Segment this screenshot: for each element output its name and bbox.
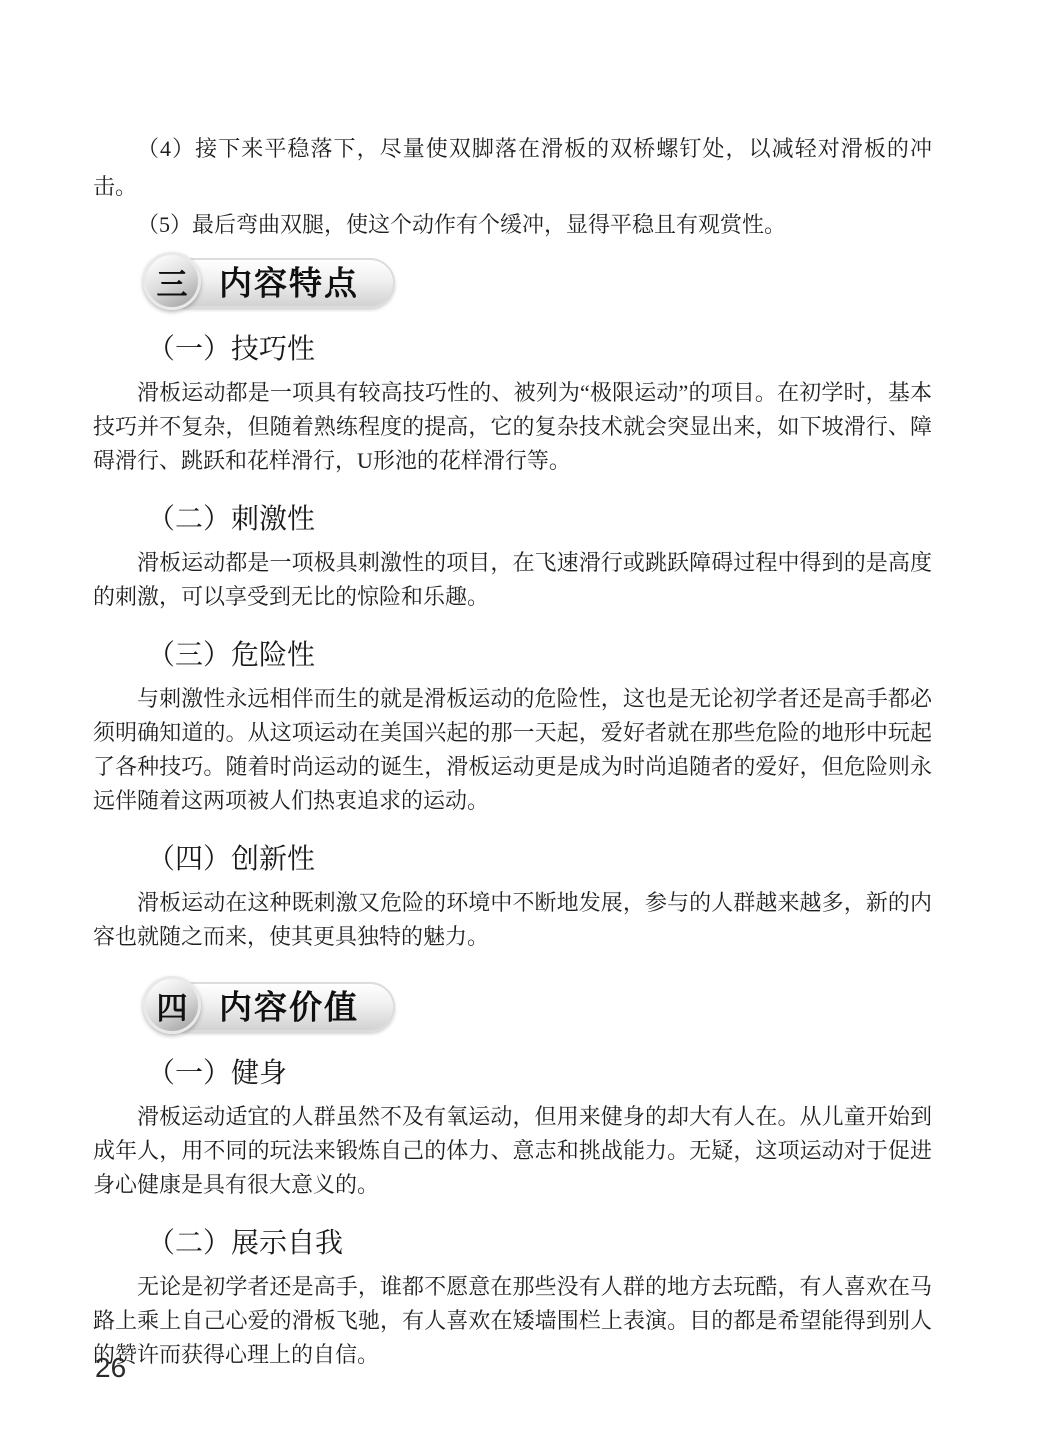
- section-title: 内容价值: [219, 982, 359, 1029]
- subsection-innovation: （四）创新性 滑板运动在这种既刺激又危险的环境中不断地发展，参与的人群越来越多，…: [93, 842, 932, 954]
- subsection-heading: （三）危险性: [147, 638, 932, 674]
- subsection-fitness: （一）健身 滑板运动适宜的人群虽然不及有氧运动，但用来健身的却大有人在。从儿童开…: [93, 1056, 932, 1202]
- subsection-skillfulness: （一）技巧性 滑板运动都是一项具有较高技巧性的、被列为“极限运动”的项目。在初学…: [93, 332, 932, 478]
- section-banner: 四 内容价值: [143, 976, 395, 1040]
- subsection-excitement: （二）刺激性 滑板运动都是一项极具刺激性的项目，在飞速滑行或跳跃障碍过程中得到的…: [93, 502, 932, 614]
- subsection-self-display: （二）展示自我 无论是初学者还是高手，谁都不愿意在那些没有人群的地方去玩酷，有人…: [93, 1226, 932, 1372]
- body-paragraph: 滑板运动都是一项具有较高技巧性的、被列为“极限运动”的项目。在初学时，基本技巧并…: [93, 376, 932, 478]
- body-paragraph: 滑板运动都是一项极具刺激性的项目，在飞速滑行或跳跃障碍过程中得到的是高度的刺激，…: [93, 546, 932, 614]
- numbered-step-5: （5）最后弯曲双腿，使这个动作有个缓冲，显得平稳且有观赏性。: [93, 206, 932, 244]
- subsection-heading: （四）创新性: [147, 842, 932, 878]
- body-paragraph: 滑板运动在这种既刺激又危险的环境中不断地发展，参与的人群越来越多，新的内容也就随…: [93, 886, 932, 954]
- page-content: （4）接下来平稳落下，尽量使双脚落在滑板的双桥螺钉处，以减轻对滑板的冲击。 （5…: [0, 0, 1038, 1372]
- subsection-danger: （三）危险性 与刺激性永远相伴而生的就是滑板运动的危险性，这也是无论初学者还是高…: [93, 638, 932, 818]
- section-title: 内容特点: [219, 258, 359, 305]
- page-number: 26: [95, 1352, 126, 1384]
- book-page: { "page": { "number": "26" }, "intro_lin…: [0, 0, 1038, 1452]
- subsection-heading: （二）展示自我: [147, 1226, 932, 1262]
- body-paragraph: 滑板运动适宜的人群虽然不及有氧运动，但用来健身的却大有人在。从儿童开始到成年人，…: [93, 1100, 932, 1202]
- section-banner: 三 内容特点: [143, 252, 395, 316]
- section-content-value: 四 内容价值 （一）健身 滑板运动适宜的人群虽然不及有氧运动，但用来健身的却大有…: [93, 976, 932, 1372]
- subsection-heading: （二）刺激性: [147, 502, 932, 538]
- numbered-step-4: （4）接下来平稳落下，尽量使双脚落在滑板的双桥螺钉处，以减轻对滑板的冲击。: [93, 130, 932, 206]
- section-number-badge: 三: [143, 252, 201, 310]
- section-number-badge: 四: [143, 976, 201, 1034]
- subsection-heading: （一）健身: [147, 1056, 932, 1092]
- body-paragraph: 无论是初学者还是高手，谁都不愿意在那些没有人群的地方去玩酷，有人喜欢在马路上乘上…: [93, 1270, 932, 1372]
- body-paragraph: 与刺激性永远相伴而生的就是滑板运动的危险性，这也是无论初学者还是高手都必须明确知…: [93, 682, 932, 818]
- section-content-features: 三 内容特点 （一）技巧性 滑板运动都是一项具有较高技巧性的、被列为“极限运动”…: [93, 252, 932, 954]
- subsection-heading: （一）技巧性: [147, 332, 932, 368]
